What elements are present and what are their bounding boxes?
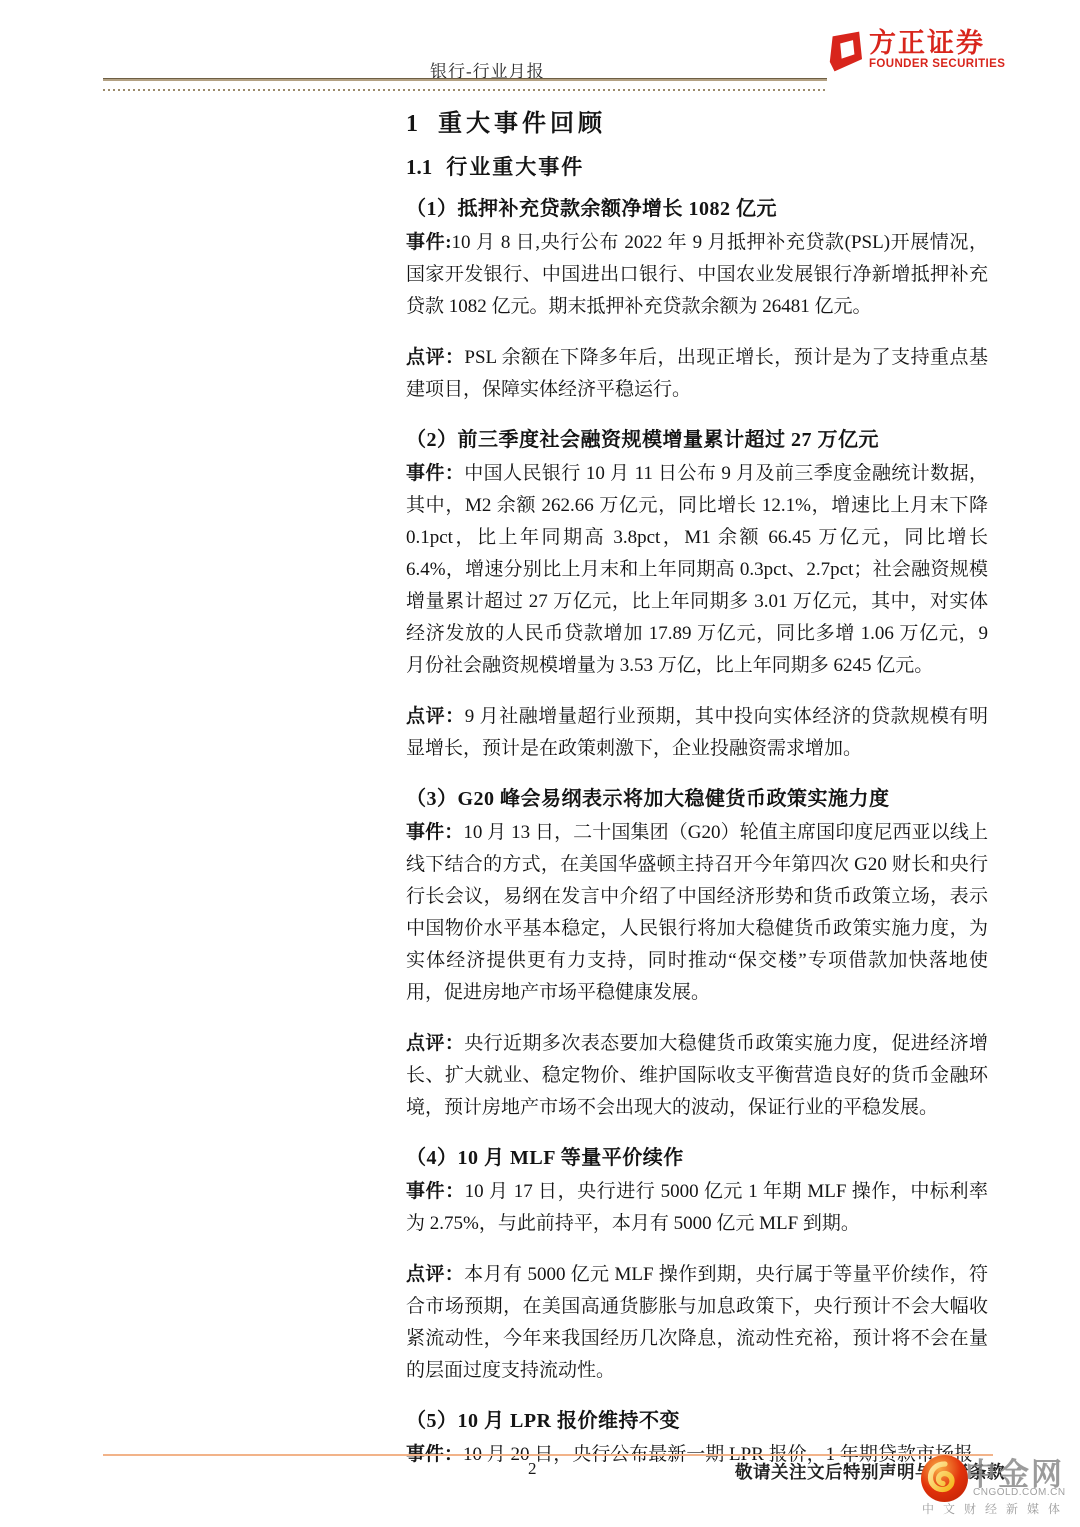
event-text: 10 月 13 日，二十国集团（G20）轮值主席国印度尼西亚以线上线下结合的方式… [406, 822, 988, 1003]
event-item-1: （1）抵押补充贷款余额净增长 1082 亿元 事件:10 月 8 日,央行公布 … [406, 194, 988, 406]
event-paragraph: 事件:10 月 8 日,央行公布 2022 年 9 月抵押补充贷款(PSL)开展… [406, 227, 988, 323]
event-text: 10 月 8 日,央行公布 2022 年 9 月抵押补充贷款(PSL)开展情况，… [406, 232, 988, 317]
report-body: 1 重大事件回顾 1.1 行业重大事件 （1）抵押补充贷款余额净增长 1082 … [406, 111, 988, 1490]
section-number: 1 [406, 111, 418, 138]
item-heading: （1）抵押补充贷款余额净增长 1082 亿元 [406, 194, 988, 224]
item-heading: （2）前三季度社会融资规模增量累计超过 27 万亿元 [406, 425, 988, 455]
report-page: 银行-行业月报 方正证券 FOUNDER SECURITIES 1 重大事件回顾… [0, 0, 1080, 1527]
header-dotted-rule [103, 89, 827, 91]
founder-logo-name-cn: 方正证券 [869, 29, 1005, 58]
event-paragraph: 事件：10 月 17 日，央行进行 5000 亿元 1 年期 MLF 操作，中标… [406, 1176, 988, 1240]
header-rule [103, 78, 827, 81]
event-label: 事件： [406, 822, 463, 843]
comment-text: 9 月社融增量超行业预期，其中投向实体经济的贷款规模有明显增长，预计是在政策刺激… [406, 706, 988, 759]
comment-label: 点评： [406, 347, 464, 368]
comment-paragraph: 点评：PSL 余额在下降多年后，出现正增长，预计是为了支持重点基建项目，保障实体… [406, 342, 988, 406]
cngold-logo-icon [921, 1455, 968, 1502]
event-item-4: （4）10 月 MLF 等量平价续作 事件：10 月 17 日，央行进行 500… [406, 1143, 988, 1387]
founder-logo-icon [826, 29, 862, 79]
comment-text: PSL 余额在下降多年后，出现正增长，预计是为了支持重点基建项目，保障实体经济平… [406, 347, 988, 400]
comment-text: 央行近期多次表态要加大稳健货币政策实施力度，促进经济增长、扩大就业、稳定物价、维… [406, 1033, 988, 1118]
watermark-domain: CNGOLD.COM.CN [973, 1487, 1066, 1498]
founder-securities-logo: 方正证券 FOUNDER SECURITIES [826, 29, 1005, 79]
comment-label: 点评： [406, 1033, 464, 1054]
event-paragraph: 事件：中国人民银行 10 月 11 日公布 9 月及前三季度金融统计数据，其中，… [406, 458, 988, 682]
event-label: 事件： [406, 463, 464, 484]
event-text: 10 月 17 日，央行进行 5000 亿元 1 年期 MLF 操作，中标利率为… [406, 1181, 988, 1234]
event-text: 中国人民银行 10 月 11 日公布 9 月及前三季度金融统计数据，其中，M2 … [406, 463, 988, 676]
comment-paragraph: 点评：本月有 5000 亿元 MLF 操作到期，央行属于等量平价续作，符合市场预… [406, 1259, 988, 1387]
comment-text: 本月有 5000 亿元 MLF 操作到期，央行属于等量平价续作，符合市场预期，在… [406, 1264, 988, 1381]
subsection-heading: 1.1 行业重大事件 [406, 155, 988, 179]
comment-paragraph: 点评：央行近期多次表态要加大稳健货币政策实施力度，促进经济增长、扩大就业、稳定物… [406, 1028, 988, 1124]
item-heading: （5）10 月 LPR 报价维持不变 [406, 1406, 988, 1436]
event-label: 事件: [406, 232, 452, 253]
watermark-slogan: 中文财经新媒体 [922, 1500, 1069, 1517]
item-heading: （3）G20 峰会易纲表示将加大稳健货币政策实施力度 [406, 784, 988, 814]
subsection-number: 1.1 [406, 155, 432, 179]
founder-logo-name-en: FOUNDER SECURITIES [869, 58, 1005, 71]
event-paragraph: 事件：10 月 13 日，二十国集团（G20）轮值主席国印度尼西亚以线上线下结合… [406, 817, 988, 1009]
comment-paragraph: 点评：9 月社融增量超行业预期，其中投向实体经济的贷款规模有明显增长，预计是在政… [406, 701, 988, 765]
event-item-3: （3）G20 峰会易纲表示将加大稳健货币政策实施力度 事件：10 月 13 日，… [406, 784, 988, 1124]
comment-label: 点评： [406, 1264, 464, 1285]
event-label: 事件： [406, 1181, 465, 1202]
footer-rule [103, 1454, 993, 1456]
watermark-name: 中金网 [965, 1459, 1064, 1490]
item-heading: （4）10 月 MLF 等量平价续作 [406, 1143, 988, 1173]
comment-label: 点评： [406, 706, 465, 727]
section-title: 重大事件回顾 [438, 111, 606, 138]
page-number: 2 [528, 1459, 537, 1479]
subsection-title: 行业重大事件 [446, 155, 584, 179]
event-item-2: （2）前三季度社会融资规模增量累计超过 27 万亿元 事件：中国人民银行 10 … [406, 425, 988, 765]
section-heading: 1 重大事件回顾 [406, 111, 988, 138]
